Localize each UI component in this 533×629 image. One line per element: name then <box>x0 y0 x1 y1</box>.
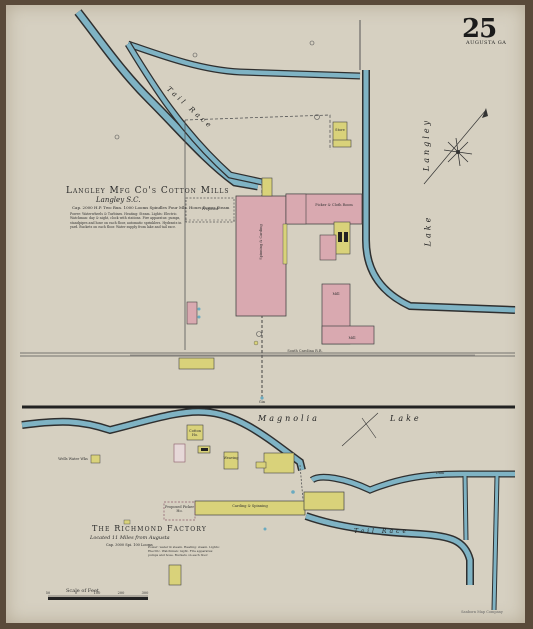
scale-tick-4: 300 <box>140 591 150 595</box>
tail-race-water <box>78 12 258 186</box>
weaving-label: Weaving <box>223 456 239 460</box>
carding-spinning-label: Carding & Spinning <box>215 504 285 508</box>
map-canvas <box>0 0 533 629</box>
upper-subtitle: Langley S.C. <box>96 196 140 204</box>
cotton-house-label: Cotton Ho. <box>186 429 204 437</box>
proposed-picker-label: Proposed Picker Ho. <box>165 505 194 513</box>
magnolia-label: Magnolia <box>258 414 320 423</box>
lower-capacity: Cap. 3000 Spi. 100 Looms <box>106 543 153 547</box>
scale-tick-1: 0 <box>72 591 80 595</box>
lower-subtitle: Located 11 Miles from Augusta <box>90 535 170 541</box>
proposed-label: Proposed <box>188 207 232 211</box>
upper-title: Langley Mfg Co's Cotton Mills <box>66 186 229 196</box>
scale-tick-3: 200 <box>116 591 126 595</box>
lower-notes: Power: water & steam. Heating: steam. Li… <box>148 545 220 557</box>
lower-title: The Richmond Factory <box>92 524 207 533</box>
sheet-city: AUGUSTA GA <box>466 40 506 46</box>
tail-race-outline <box>78 12 258 186</box>
small-left-label: Wells Water Wks <box>56 457 90 461</box>
dam-label: Dam <box>430 471 450 475</box>
spinning-carding-label: Spinning & Carding <box>259 219 263 265</box>
scale-bar <box>48 597 148 600</box>
langley-label: Langley <box>422 118 431 171</box>
lake-label-upper: Lake <box>423 215 432 247</box>
scale-tick-2: 100 <box>92 591 102 595</box>
picker-label: Picker & Cloth Room <box>308 203 360 207</box>
depot-building <box>179 358 214 369</box>
store-label: Store <box>330 128 350 132</box>
gin-label: Gin <box>254 400 270 404</box>
footer-note: Sanborn Map Company <box>452 610 512 614</box>
north-arrow-icon <box>424 108 488 184</box>
mill-label-1: Mill <box>324 292 348 296</box>
lake-label-lower: Lake <box>390 414 422 423</box>
mill-label-2: Mill <box>340 336 364 340</box>
railroad-label: South Carolina R.R. <box>270 349 340 353</box>
tail-race-lower-label: Tail Race <box>354 528 409 535</box>
scale-tick-0: 50 <box>44 591 52 595</box>
upper-notes: Power: Waterwheels & Turbines. Heating: … <box>70 212 188 230</box>
